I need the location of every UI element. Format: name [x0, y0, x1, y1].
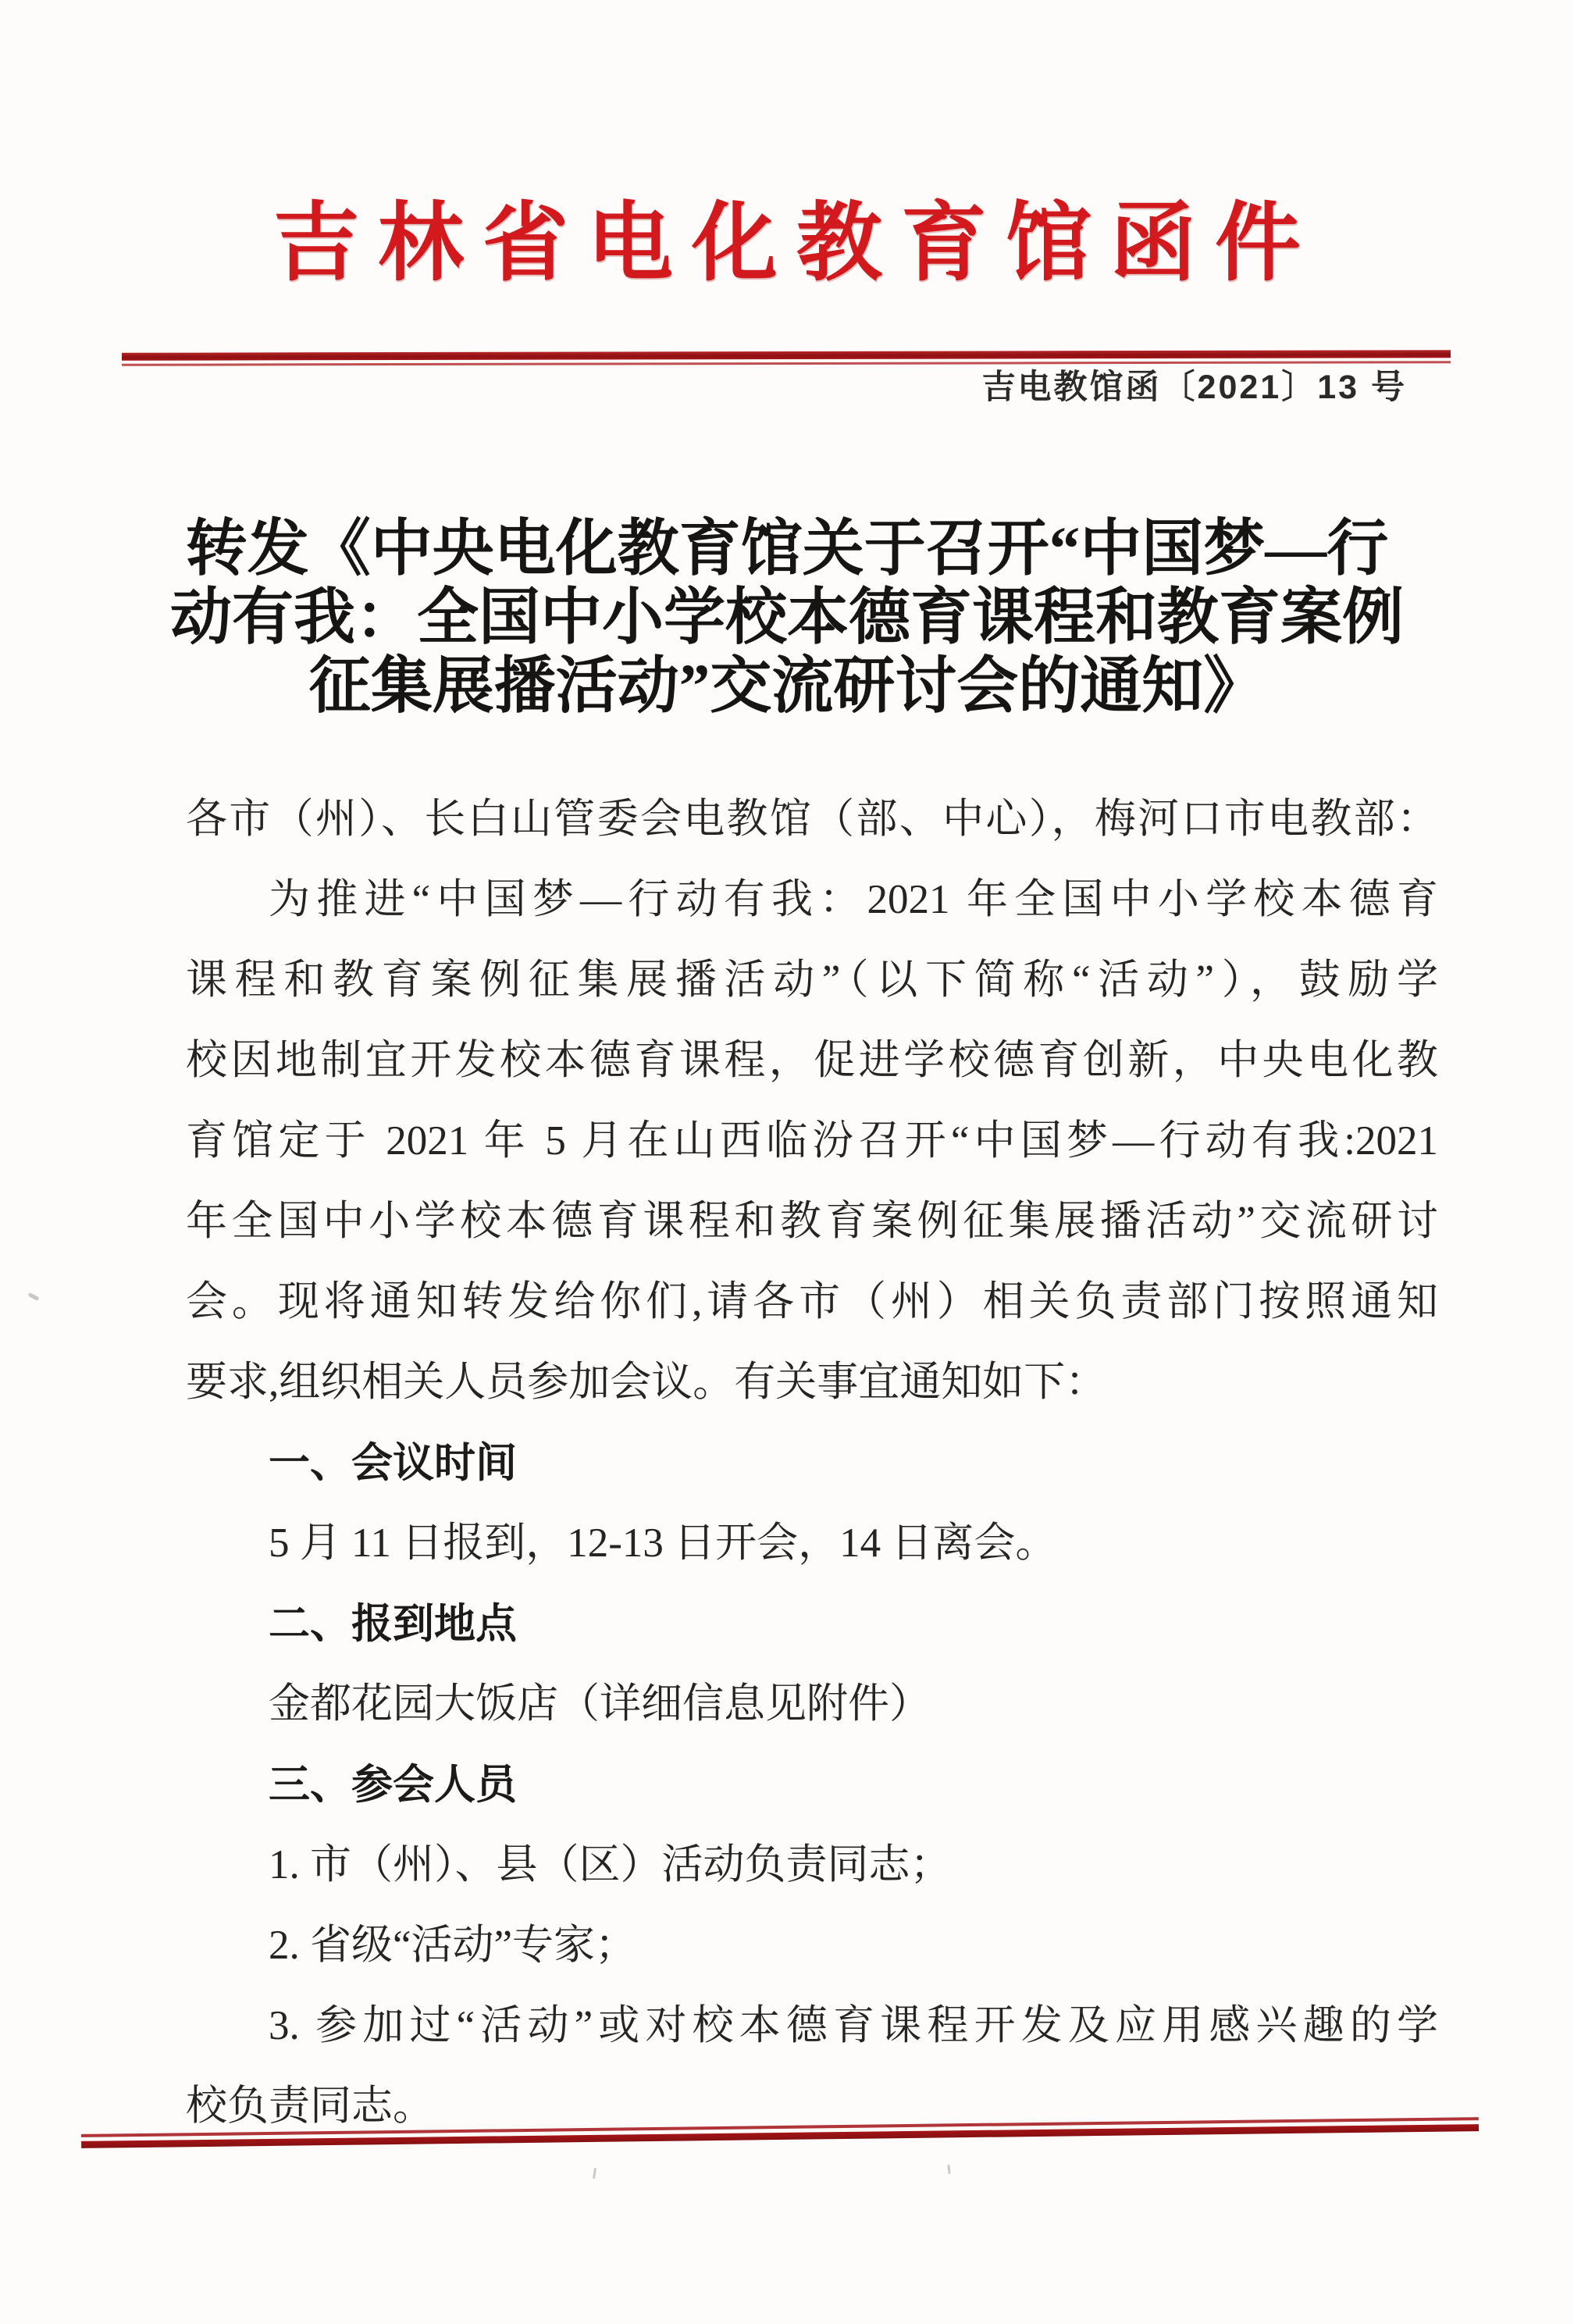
participants-item-3: 3. 参加过“活动”或对校本德育课程开发及应用感兴趣的学 [186, 1986, 1438, 2066]
scan-speck [28, 1292, 40, 1301]
notice-title-line-2: 动有我：全国中小学校本德育课程和教育案例 [84, 584, 1490, 653]
letterhead-title: 吉林省电化教育馆函件 [0, 189, 1574, 298]
paragraph-line-5: 年全国中小学校本德育课程和教育案例征集展播活动”交流研讨 [186, 1182, 1438, 1262]
document-number: 吉电教馆函〔2021〕13 号 [982, 364, 1407, 411]
notice-title-line-3: 征集展播活动”交流研讨会的通知》 [84, 653, 1490, 722]
section-heading-checkin-location: 二、报到地点 [186, 1584, 1438, 1664]
notice-title-line-1: 转发《中央电化教育馆关于召开“中国梦—行 [84, 515, 1490, 584]
document-page: 吉林省电化教育馆函件 吉电教馆函〔2021〕13 号 转发《中央电化教育馆关于召… [0, 0, 1574, 2324]
paragraph-line-7: 要求,组织相关人员参加会议。有关事宜通知如下： [186, 1342, 1438, 1423]
paragraph-line-1: 为推进“中国梦—行动有我：2021 年全国中小学校本德育 [186, 860, 1438, 940]
checkin-location-line: 金都花园大饭店（详细信息见附件） [186, 1664, 1438, 1745]
paragraph-line-2: 课程和教育案例征集展播活动”（以下简称“活动”），鼓励学 [186, 940, 1438, 1021]
salutation-line: 各市（州）、长白山管委会电教馆（部、中心），梅河口市电教部： [186, 779, 1438, 860]
meeting-time-line: 5 月 11 日报到，12-13 日开会，14 日离会。 [186, 1503, 1438, 1584]
scan-speck [593, 2168, 596, 2179]
paragraph-line-6: 会。现将通知转发给你们,请各市（州）相关负责部门按照通知 [186, 1262, 1438, 1342]
paragraph-line-4: 育馆定于 2021 年 5 月在山西临汾召开“中国梦—行动有我:2021 [186, 1101, 1438, 1182]
scan-speck [947, 2165, 950, 2174]
notice-title: 转发《中央电化教育馆关于召开“中国梦—行 动有我：全国中小学校本德育课程和教育案… [84, 515, 1490, 722]
section-heading-participants: 三、参会人员 [186, 1745, 1438, 1825]
participants-item-2: 2. 省级“活动”专家； [186, 1905, 1438, 1986]
section-heading-meeting-time: 一、会议时间 [186, 1423, 1438, 1503]
participants-item-1: 1. 市（州）、县（区）活动负责同志； [186, 1825, 1438, 1905]
letter-body: 各市（州）、长白山管委会电教馆（部、中心），梅河口市电教部： 为推进“中国梦—行… [186, 779, 1438, 2147]
paragraph-line-3: 校因地制宜开发校本德育课程，促进学校德育创新，中央电化教 [186, 1021, 1438, 1101]
